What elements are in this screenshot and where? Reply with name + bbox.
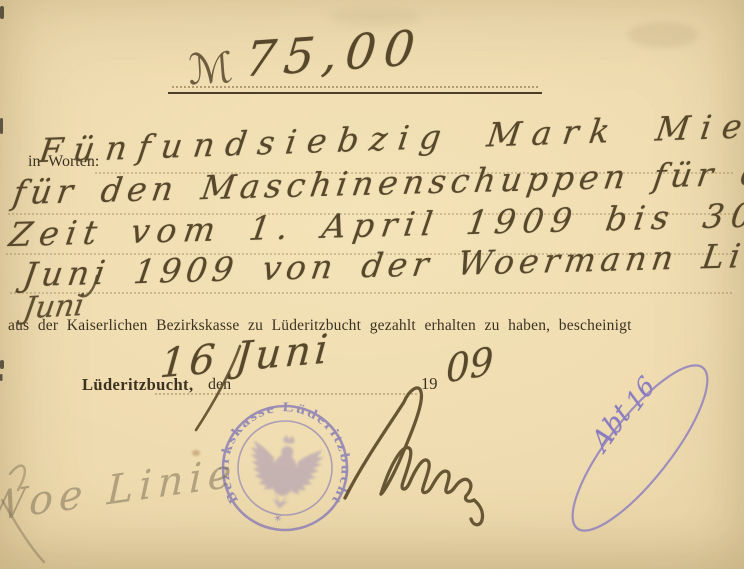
ruled-line bbox=[10, 292, 732, 294]
amount-underline bbox=[168, 92, 542, 94]
mark-currency-symbol: ℳ bbox=[186, 42, 234, 94]
receipt-document: ℳ 75,00 in Worten: Fünfundsiebzig Mark M… bbox=[0, 0, 744, 569]
year-handwritten: 09 bbox=[446, 342, 494, 389]
stamp-star-icon: ✳ bbox=[273, 513, 283, 525]
year-printed: 19 bbox=[421, 374, 438, 394]
scan-edge-artifacts bbox=[0, 6, 4, 381]
violet-note-number: 16 bbox=[622, 372, 659, 415]
amount-handwritten: 75,00 bbox=[243, 24, 425, 85]
violet-note-word: Abt bbox=[588, 399, 635, 457]
paper-stain bbox=[628, 22, 698, 48]
imperial-eagle-icon bbox=[243, 430, 327, 514]
handwritten-overlay-word: Juni bbox=[21, 291, 86, 324]
